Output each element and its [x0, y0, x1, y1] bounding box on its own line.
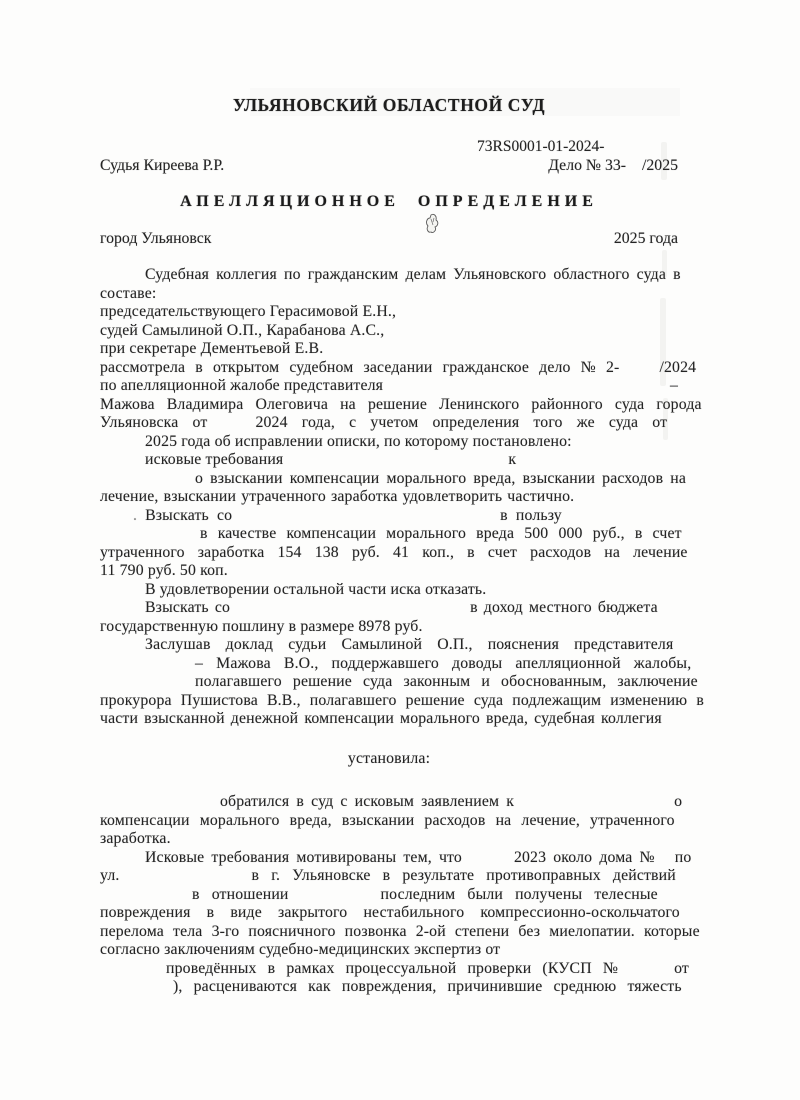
- text-segment: исковые требования: [145, 451, 283, 468]
- text-segment: прокурора Пушистова В.В., полагавшего ре…: [100, 692, 704, 709]
- text-segment: повреждения в виде закрытого нестабильно…: [100, 904, 680, 921]
- text-segment: перелома тела 3-го поясничного позвонка …: [100, 923, 700, 940]
- text-line: полагавшего решение суда законным и обос…: [100, 672, 678, 691]
- redaction-gap: [289, 898, 381, 899]
- redaction-gap: [626, 157, 642, 175]
- text-line: 11 790 руб. 50 коп.: [100, 561, 678, 580]
- text-line: Исковые требования мотивированы тем, что…: [100, 848, 678, 867]
- text-line: компенсации морального вреда, взыскании …: [100, 811, 678, 830]
- judge-case-row: Судья Киреева Р.Р. Дело № 33- /2025: [100, 157, 678, 175]
- redaction-gap: [232, 519, 500, 520]
- text-line: .Взыскать сов пользу: [100, 506, 678, 525]
- text-segment: установила:: [348, 750, 430, 767]
- text-line: составе:: [100, 284, 678, 303]
- text-segment: В удовлетворении остальной части иска от…: [145, 581, 486, 598]
- redaction-gap: [100, 898, 192, 899]
- text-segment: 2023 около дома №: [514, 849, 655, 866]
- first-instance-judge: Судья Киреева Р.Р.: [100, 157, 224, 175]
- text-segment: рассмотрела в открытом судебном заседани…: [100, 359, 619, 376]
- text-line: Ульяновска от2024 года, с учетом определ…: [100, 413, 678, 432]
- redaction-gap: [283, 463, 508, 464]
- text-segment: .: [133, 507, 137, 524]
- text-line: прокурора Пушистова В.В., полагавшего ре…: [100, 691, 678, 710]
- text-segment: в качестве компенсации морального вреда …: [200, 525, 682, 542]
- text-segment: государственную пошлину в размере 8978 р…: [100, 618, 423, 635]
- text-line: перелома тела 3-го поясничного позвонка …: [100, 922, 678, 941]
- text-segment: Судебная коллегия по гражданским делам У…: [145, 266, 681, 283]
- text-line: – Мажова В.О., поддержавшего доводы апел…: [100, 654, 678, 673]
- text-line: Заслушав доклад судьи Самылиной О.П., по…: [100, 635, 678, 654]
- text-segment: от: [674, 960, 689, 977]
- text-segment: Ульяновска от: [100, 414, 207, 431]
- text-segment: судей Самылиной О.П., Карабанова А.С.,: [100, 322, 384, 339]
- text-segment: полагавшего решение суда законным и обос…: [195, 673, 698, 690]
- document-title: АПЕЛЛЯЦИОННОЕ ОПРЕДЕЛЕНИЕ: [100, 193, 678, 211]
- court-name-heading: УЛЬЯНОВСКИЙ ОБЛАСТНОЙ СУД: [100, 95, 678, 116]
- text-segment: ул.: [100, 867, 120, 884]
- redaction-gap: [100, 685, 195, 686]
- text-segment: к: [508, 451, 516, 468]
- text-segment: в отношении: [192, 886, 289, 903]
- appeal-case-number: Дело № 33- /2025: [548, 157, 678, 175]
- redaction-gap: [100, 482, 195, 483]
- text-line: проведённых в рамках процессуальной пров…: [100, 959, 678, 978]
- text-segment: 2025 года об исправлении описки, по кото…: [145, 433, 572, 450]
- text-segment: последним были получены телесные: [381, 886, 658, 903]
- text-segment: согласно заключениям судебно-медицинских…: [100, 941, 500, 958]
- text-line: утраченного заработка 154 138 руб. 41 ко…: [100, 543, 678, 562]
- text-line: лечение, взыскании утраченного заработка…: [100, 487, 678, 506]
- redaction-gap: [383, 376, 670, 395]
- text-line: ул.в г. Ульяновске в результате противоп…: [100, 866, 678, 885]
- text-segment: Исковые требования мотивированы тем, что: [145, 849, 462, 866]
- redaction-gap: [100, 463, 145, 464]
- redaction-gap: [100, 445, 145, 446]
- redaction-gap: [100, 667, 195, 668]
- case-uid: 73RS0001-01-2024-: [477, 138, 604, 156]
- redaction-gap: [100, 593, 145, 594]
- text-line: в качестве компенсации морального вреда …: [100, 524, 678, 543]
- scan-streak-artifact: [660, 298, 666, 386]
- text-segment: ), расцениваются как повреждения, причин…: [173, 978, 682, 995]
- redaction-gap: [100, 861, 145, 862]
- case-number-year: /2025: [642, 157, 678, 175]
- text-segment: о взыскании компенсации морального вреда…: [195, 470, 686, 487]
- text-segment: –: [670, 376, 678, 395]
- text-segment: обратился в суд с исковым заявлением к: [220, 793, 514, 810]
- text-line: о взыскании компенсации морального вреда…: [100, 469, 678, 488]
- text-segment: лечение, взыскании утраченного заработка…: [100, 488, 574, 505]
- scan-streak-artifact: [661, 142, 667, 180]
- text-segment: – Мажова В.О., поддержавшего доводы апел…: [195, 655, 691, 672]
- text-line: председательствующего Герасимовой Е.Н.,: [100, 302, 678, 321]
- redaction-gap: [100, 278, 145, 279]
- scan-streak-artifact: [662, 250, 667, 278]
- text-line: судей Самылиной О.П., Карабанова А.С.,: [100, 321, 678, 340]
- text-line: исковые требованияк: [100, 450, 678, 469]
- redaction-gap: [230, 611, 470, 612]
- text-line: Мажова Владимира Олеговича на решение Ле…: [100, 395, 678, 414]
- redaction-gap: [120, 879, 252, 880]
- redaction-gap: [207, 426, 255, 427]
- redaction-gap: [100, 537, 200, 538]
- text-segment: в пользу: [500, 507, 562, 524]
- redaction-gap: [618, 972, 674, 973]
- text-segment: Взыскать со: [145, 599, 230, 616]
- text-segment: заработка.: [100, 830, 171, 847]
- text-segment: проведённых в рамках процессуальной пров…: [166, 960, 618, 977]
- place-date-row: город Ульяновск 2025 года: [100, 230, 678, 248]
- text-line: рассмотрела в открытом судебном заседани…: [100, 358, 678, 377]
- text-segment: при секретаре Дементьевой Е.В.: [100, 340, 323, 357]
- redaction-gap: [619, 371, 659, 372]
- text-segment: компенсации морального вреда, взыскании …: [100, 812, 675, 829]
- text-line: при секретаре Дементьевой Е.В.: [100, 339, 678, 358]
- redaction-gap: [100, 990, 173, 991]
- text-segment: части взысканной денежной компенсации мо…: [100, 710, 662, 727]
- redaction-gap: [462, 861, 514, 862]
- text-segment: утраченного заработка 154 138 руб. 41 ко…: [100, 544, 688, 561]
- text-segment: Взыскать со: [145, 507, 232, 524]
- scanned-court-document-page: УЛЬЯНОВСКИЙ ОБЛАСТНОЙ СУД 73RS0001-01-20…: [0, 0, 800, 1100]
- text-segment: в доход местного бюджета: [470, 599, 658, 616]
- text-line: повреждения в виде закрытого нестабильно…: [100, 903, 678, 922]
- redaction-gap: [100, 648, 145, 649]
- text-segment: о: [674, 793, 682, 810]
- scan-streak-artifact: [663, 398, 668, 440]
- text-line: в отношениипоследним были получены телес…: [100, 885, 678, 904]
- place-label: город Ульяновск: [100, 230, 211, 248]
- case-number-prefix: Дело № 33-: [548, 157, 626, 175]
- text-line: В удовлетворении остальной части иска от…: [100, 580, 678, 599]
- text-segment: по апелляционной жалобе представителя: [100, 376, 383, 395]
- text-line: части взысканной денежной компенсации мо…: [100, 709, 678, 728]
- redaction-gap: [100, 972, 166, 973]
- text-line: Судебная коллегия по гражданским делам У…: [100, 265, 678, 284]
- redaction-gap: [100, 611, 145, 612]
- redaction-gap: [655, 861, 675, 862]
- redaction-gap: [137, 519, 145, 520]
- text-line: ), расцениваются как повреждения, причин…: [100, 977, 678, 996]
- date-year-label: 2025 года: [614, 230, 678, 248]
- text-line: согласно заключениям судебно-медицинских…: [100, 940, 678, 959]
- text-segment: Мажова Владимира Олеговича на решение Ле…: [100, 396, 702, 413]
- text-line: Взыскать сов доход местного бюджета: [100, 598, 678, 617]
- redaction-gap: [100, 519, 133, 520]
- text-segment: Заслушав доклад судьи Самылиной О.П., по…: [145, 636, 673, 653]
- text-segment: по: [675, 849, 692, 866]
- text-segment: составе:: [100, 285, 156, 302]
- text-line: установила:: [100, 749, 678, 768]
- text-line: по апелляционной жалобе представителя–: [100, 376, 678, 395]
- text-segment: председательствующего Герасимовой Е.Н.,: [100, 303, 396, 320]
- text-line: заработка.: [100, 829, 678, 848]
- text-line: 2025 года об исправлении описки, по кото…: [100, 432, 678, 451]
- text-segment: 2024 года, с учетом определения того же …: [255, 414, 667, 431]
- text-line: обратился в суд с исковым заявлением ко: [100, 792, 678, 811]
- redaction-gap: [514, 805, 674, 806]
- text-line: государственную пошлину в размере 8978 р…: [100, 617, 678, 636]
- text-segment: в г. Ульяновске в результате противоправ…: [252, 867, 676, 884]
- redaction-gap: [100, 805, 220, 806]
- text-segment: 11 790 руб. 50 коп.: [100, 562, 228, 579]
